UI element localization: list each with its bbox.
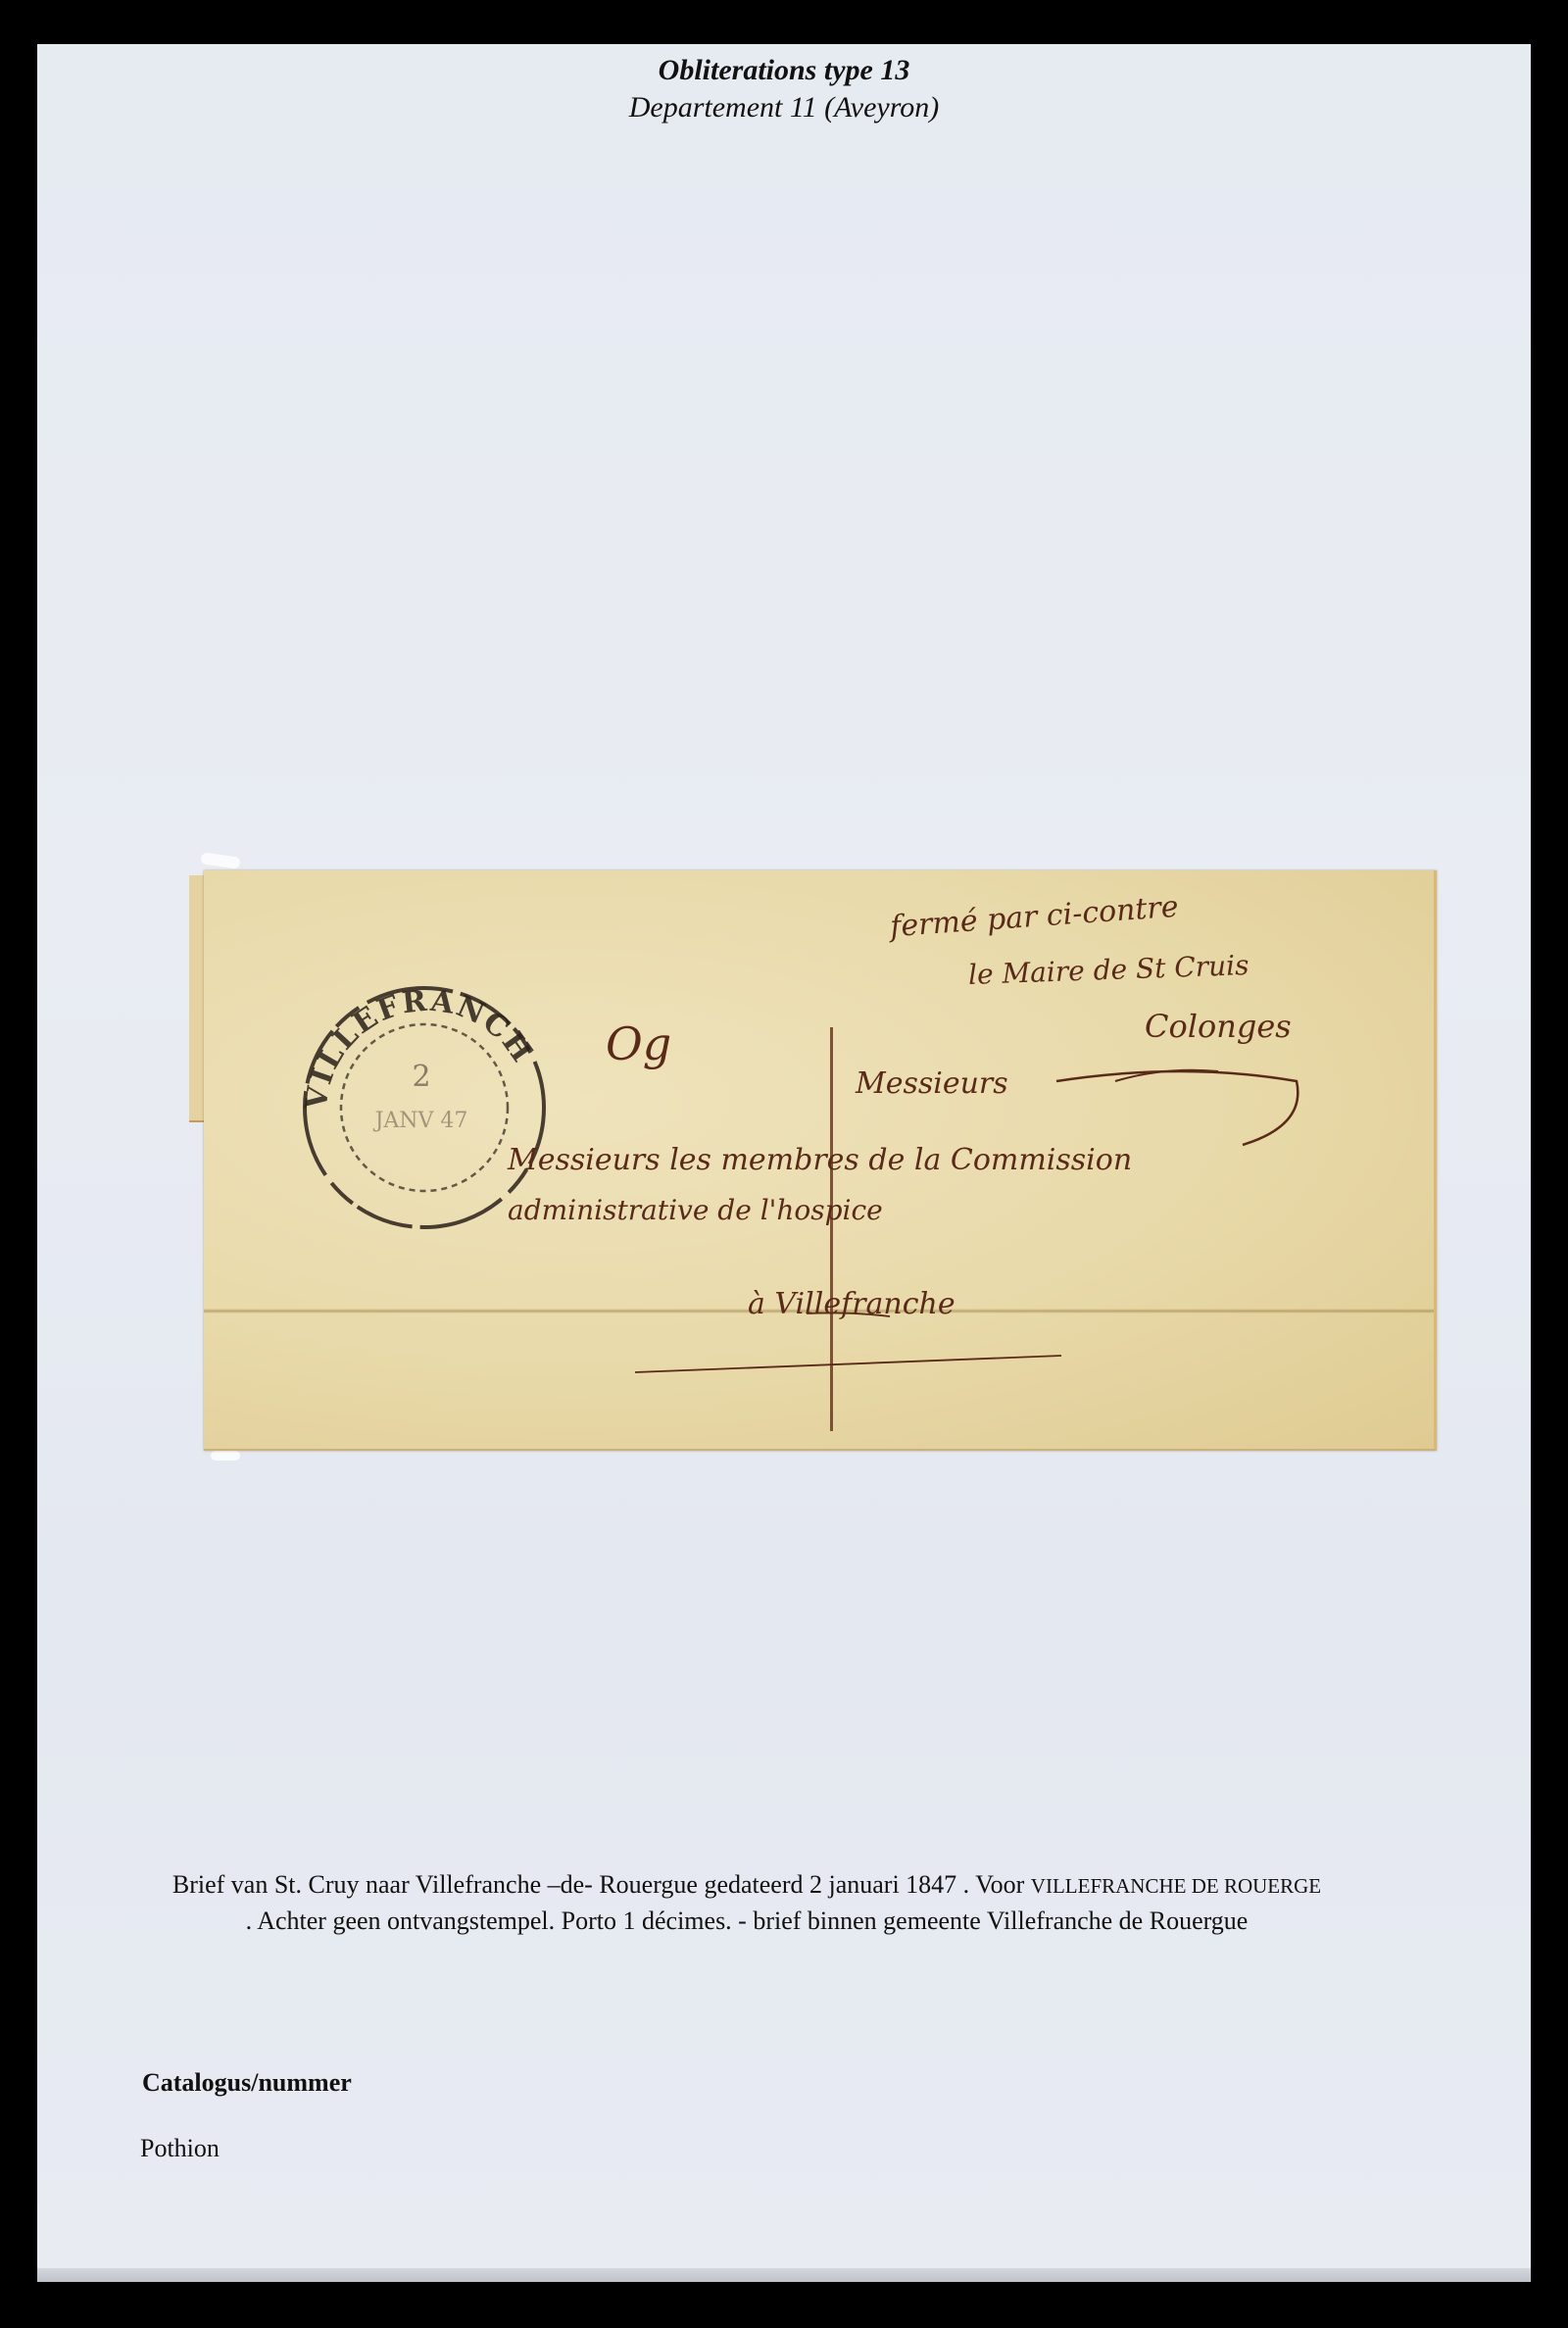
sleeve-glare <box>211 1451 240 1461</box>
caption-line1: Brief van St. Cruy naar Villefranche –de… <box>172 1870 1031 1899</box>
postmark-date: JANV 47 <box>373 1109 468 1133</box>
catalog-label: Catalogus/nummer <box>142 2068 352 2098</box>
letter-fold-flap <box>189 875 205 1122</box>
address-line: Messieurs les membres de la Commission <box>508 1143 1132 1177</box>
page-subtitle: Departement 11 (Aveyron) <box>37 91 1531 124</box>
page-title: Obliterations type 13 <box>37 54 1531 87</box>
rate-mark: Og <box>606 1017 671 1070</box>
folded-letter-cover: VILLEFRANCHE-DE-R 2 JANV 47 fermé par ci… <box>204 870 1437 1451</box>
address-line: à Villefranche <box>748 1287 955 1321</box>
annotation-signature: Colonges <box>1145 1008 1292 1045</box>
caption-line2: . Achter geen ontvangstempel. Porto 1 dé… <box>59 1904 1435 1938</box>
cover-description: Brief van St. Cruy naar Villefranche –de… <box>59 1867 1435 1938</box>
postmark-day: 2 <box>412 1060 430 1094</box>
svg-text:VILLEFRANCHE-DE-R: VILLEFRANCHE-DE-R <box>204 870 540 1113</box>
catalog-value: Pothion <box>140 2134 220 2163</box>
address-line: Messieurs <box>856 1066 1008 1101</box>
page-bottom-edge <box>37 2268 1531 2282</box>
caption-line1-caps: VILLEFRANCHE DE ROUERGE <box>1031 1874 1321 1898</box>
address-line: administrative de l'hospice <box>508 1194 883 1226</box>
